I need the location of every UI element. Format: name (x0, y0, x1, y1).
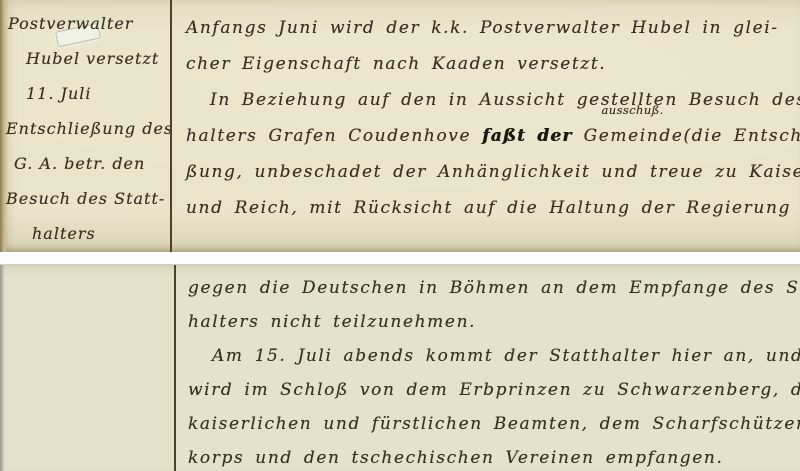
margin-note-date: 11. Juli (26, 76, 170, 111)
text-line: gegen die Deutschen in Böhmen an dem Emp… (188, 271, 796, 305)
main-text-column-lower: gegen die Deutschen in Böhmen an dem Emp… (176, 265, 800, 471)
text-line: korps und den tschechischen Vereinen emp… (188, 441, 796, 471)
text-line: und Reich, mit Rücksicht auf die Haltung… (186, 190, 796, 226)
margin-note: Postverwalter (8, 6, 170, 41)
margin-note: Entschließung des (6, 111, 170, 146)
text-segment: halters Grafen Coudenhove (186, 126, 482, 146)
text-line-paragraph-start: Am 15. Juli abends kommt der Statthalter… (188, 339, 796, 373)
text-segment: Gemeinde (584, 126, 684, 146)
margin-column-empty (0, 265, 170, 471)
manuscript-scan: Postverwalter Hubel versetzt 11. Juli En… (0, 0, 800, 471)
main-text-column-upper: Anfangs Juni wird der k.k. Postverwalter… (172, 0, 800, 252)
text-line-with-correction: halters Grafen Coudenhove faßt der aussc… (186, 118, 796, 154)
margin-note: halters (32, 216, 170, 251)
text-line: halters nicht teilzunehmen. (188, 305, 796, 339)
scan-strip-lower: gegen die Deutschen in Böhmen an dem Emp… (0, 264, 800, 471)
text-line: kaiserlichen und fürstlichen Beamten, de… (188, 407, 796, 441)
text-line: Anfangs Juni wird der k.k. Postverwalter… (186, 10, 796, 46)
text-line-paragraph-start: In Beziehung auf den in Aussicht gestell… (186, 82, 796, 118)
text-line: ßung, unbeschadet der Anhänglichkeit und… (186, 154, 796, 190)
margin-note: G. A. betr. den (14, 146, 170, 181)
scan-gap (0, 252, 800, 264)
scan-strip-upper: Postverwalter Hubel versetzt 11. Juli En… (0, 0, 800, 253)
margin-note: Besuch des Statt- (6, 181, 170, 216)
word-with-interlinear-insertion: ausschuß.Gemeinde (584, 118, 684, 154)
bold-correction: faßt der (482, 126, 583, 146)
text-segment: (die Entschlie- (684, 126, 800, 146)
text-line: wird im Schloß von dem Erbprinzen zu Sch… (188, 373, 796, 407)
margin-column: Postverwalter Hubel versetzt 11. Juli En… (0, 0, 170, 252)
margin-note: Hubel versetzt (26, 41, 170, 76)
interlinear-insertion: ausschuß. (602, 104, 664, 116)
text-line: cher Eigenschaft nach Kaaden versetzt. (186, 46, 796, 82)
